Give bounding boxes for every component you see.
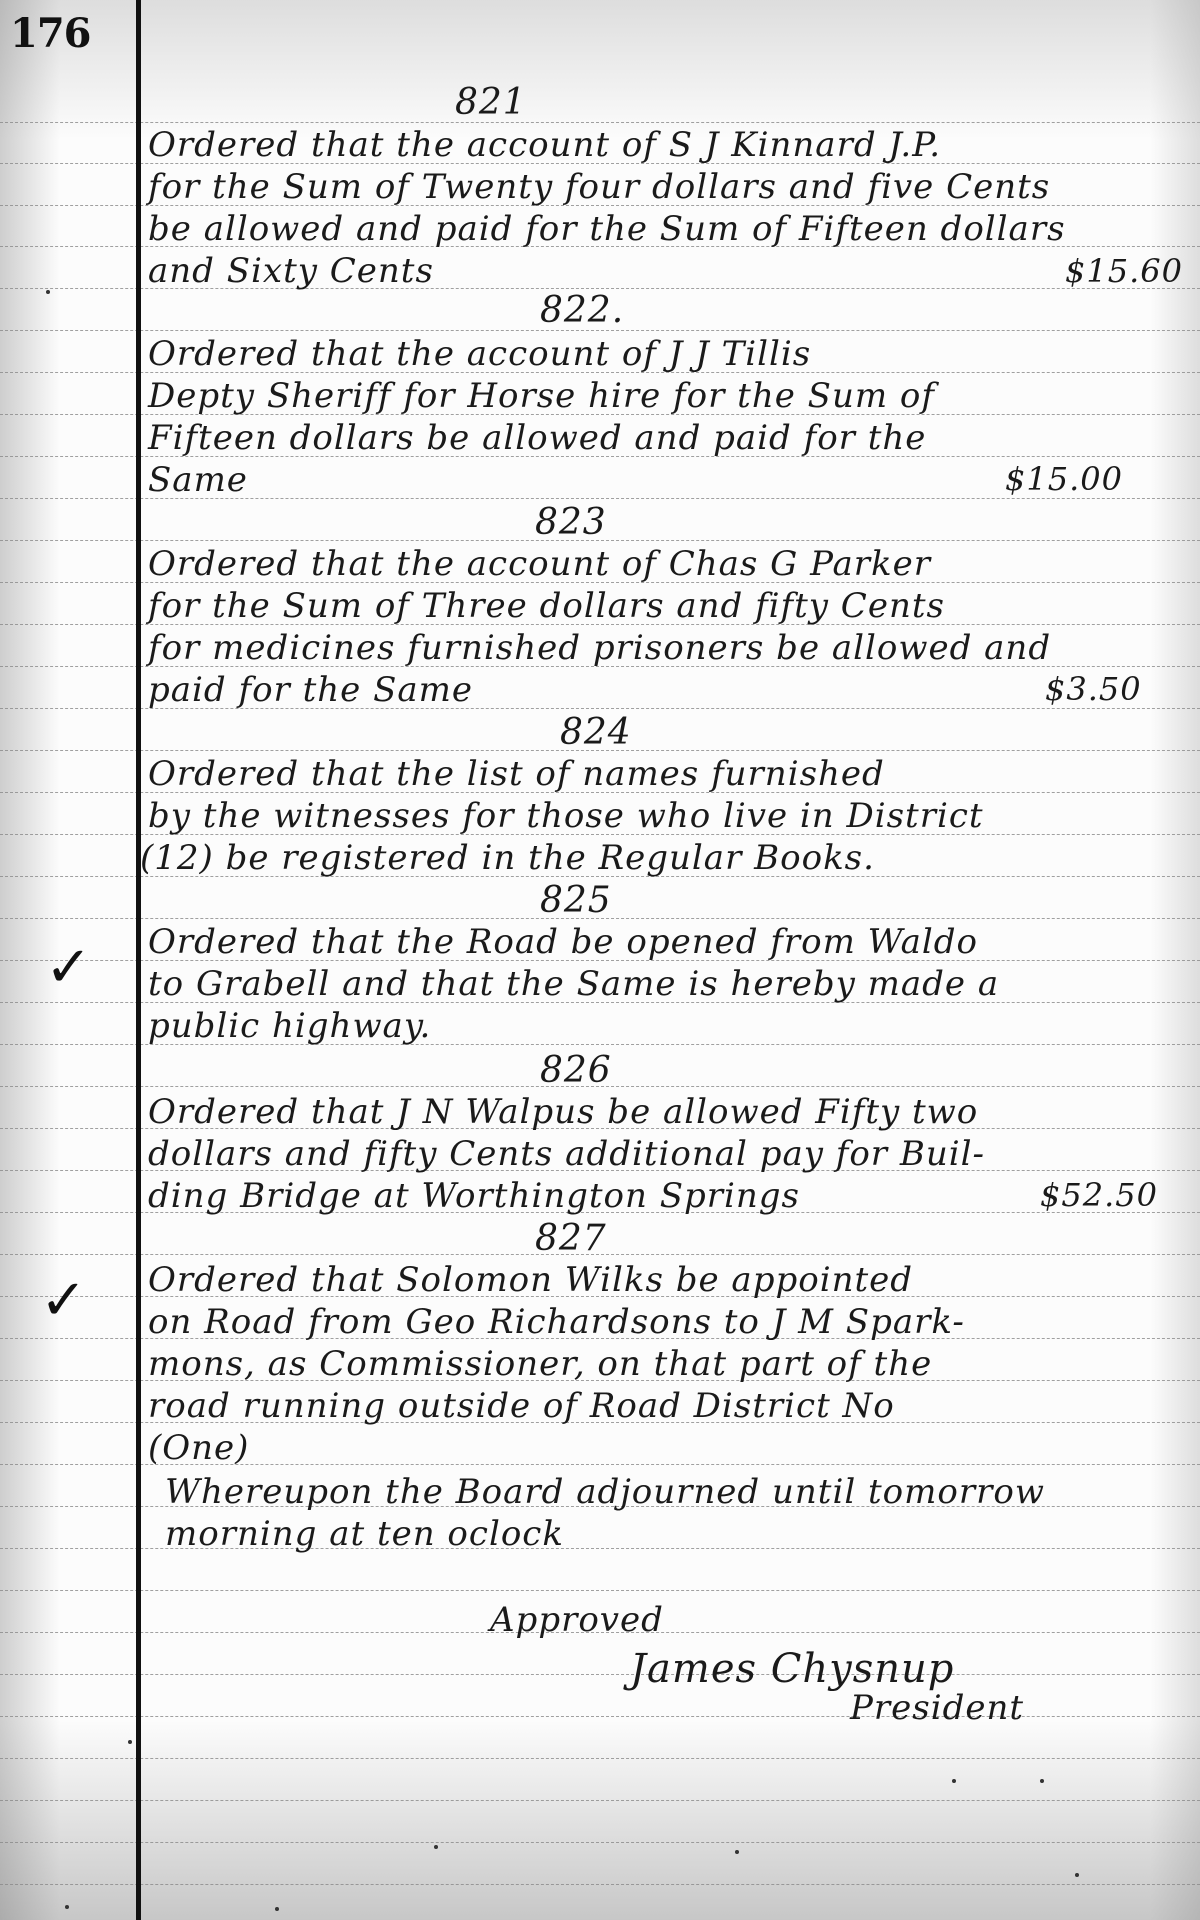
- closing-line: Whereupon the Board adjourned until tomo…: [165, 1472, 1045, 1512]
- entry-line: to Grabell and that the Same is hereby m…: [148, 964, 999, 1004]
- ledger-page: 176 821 Ordered that the account of S J …: [0, 0, 1200, 1920]
- entry-line: Depty Sheriff for Horse hire for the Sum…: [148, 376, 935, 416]
- entry-line: Ordered that the account of J J Tillis: [148, 334, 811, 374]
- entry-line: Fifteen dollars be allowed and paid for …: [148, 418, 926, 458]
- entry-line: ding Bridge at Worthington Springs: [148, 1176, 800, 1216]
- entry-line: Ordered that J N Walpus be allowed Fifty…: [148, 1092, 978, 1132]
- paper-stain-bottom: [0, 1720, 1200, 1920]
- entry-line: for the Sum of Twenty four dollars and f…: [148, 167, 1050, 207]
- signature-title: President: [850, 1688, 1024, 1728]
- entry-line: by the witnesses for those who live in D…: [148, 796, 984, 836]
- entry-line: (12) be registered in the Regular Books.: [140, 838, 875, 878]
- entry-line: and Sixty Cents: [148, 251, 434, 291]
- entry-number: 823: [535, 502, 607, 543]
- entry-line: paid for the Same: [148, 670, 473, 710]
- entry-line: dollars and fifty Cents additional pay f…: [148, 1134, 985, 1174]
- entry-number: 821: [455, 82, 527, 123]
- entry-amount: $15.60: [1065, 252, 1183, 290]
- entry-line: be allowed and paid for the Sum of Fifte…: [148, 209, 1066, 249]
- entry-line: Ordered that the account of Chas G Parke…: [148, 544, 931, 584]
- entry-line: Ordered that the list of names furnished: [148, 754, 885, 794]
- entry-line: Ordered that the account of S J Kinnard …: [148, 125, 941, 165]
- margin-line: [136, 0, 141, 1920]
- entry-number: 827: [535, 1218, 607, 1259]
- entry-number: 826: [540, 1050, 612, 1091]
- entry-line: Ordered that the Road be opened from Wal…: [148, 922, 978, 962]
- signature-name: James Chysnup: [630, 1646, 954, 1692]
- entry-line: road running outside of Road District No: [148, 1386, 895, 1426]
- paper-stain-top: [0, 0, 1200, 140]
- entry-amount: $52.50: [1040, 1176, 1158, 1214]
- entry-line: on Road from Geo Richardsons to J M Spar…: [148, 1302, 965, 1342]
- approved-label: Approved: [490, 1600, 664, 1640]
- entry-number: 825: [540, 880, 612, 921]
- entry-number: 822.: [540, 290, 624, 331]
- check-mark-icon: ✓: [45, 935, 92, 1000]
- entry-line: Same: [148, 460, 248, 500]
- entry-line: (One): [148, 1428, 249, 1468]
- entry-line: mons, as Commissioner, on that part of t…: [148, 1344, 932, 1384]
- check-mark-icon: ✓: [40, 1268, 87, 1333]
- entry-line: public highway.: [148, 1006, 431, 1046]
- entry-amount: $3.50: [1045, 670, 1142, 708]
- entry-line: for the Sum of Three dollars and fifty C…: [148, 586, 945, 626]
- closing-line: morning at ten oclock: [165, 1514, 564, 1554]
- entry-amount: $15.00: [1005, 460, 1123, 498]
- entry-line: Ordered that Solomon Wilks be appointed: [148, 1260, 913, 1300]
- page-number: 176: [10, 10, 91, 57]
- entry-line: for medicines furnished prisoners be all…: [148, 628, 1051, 668]
- entry-number: 824: [560, 712, 632, 753]
